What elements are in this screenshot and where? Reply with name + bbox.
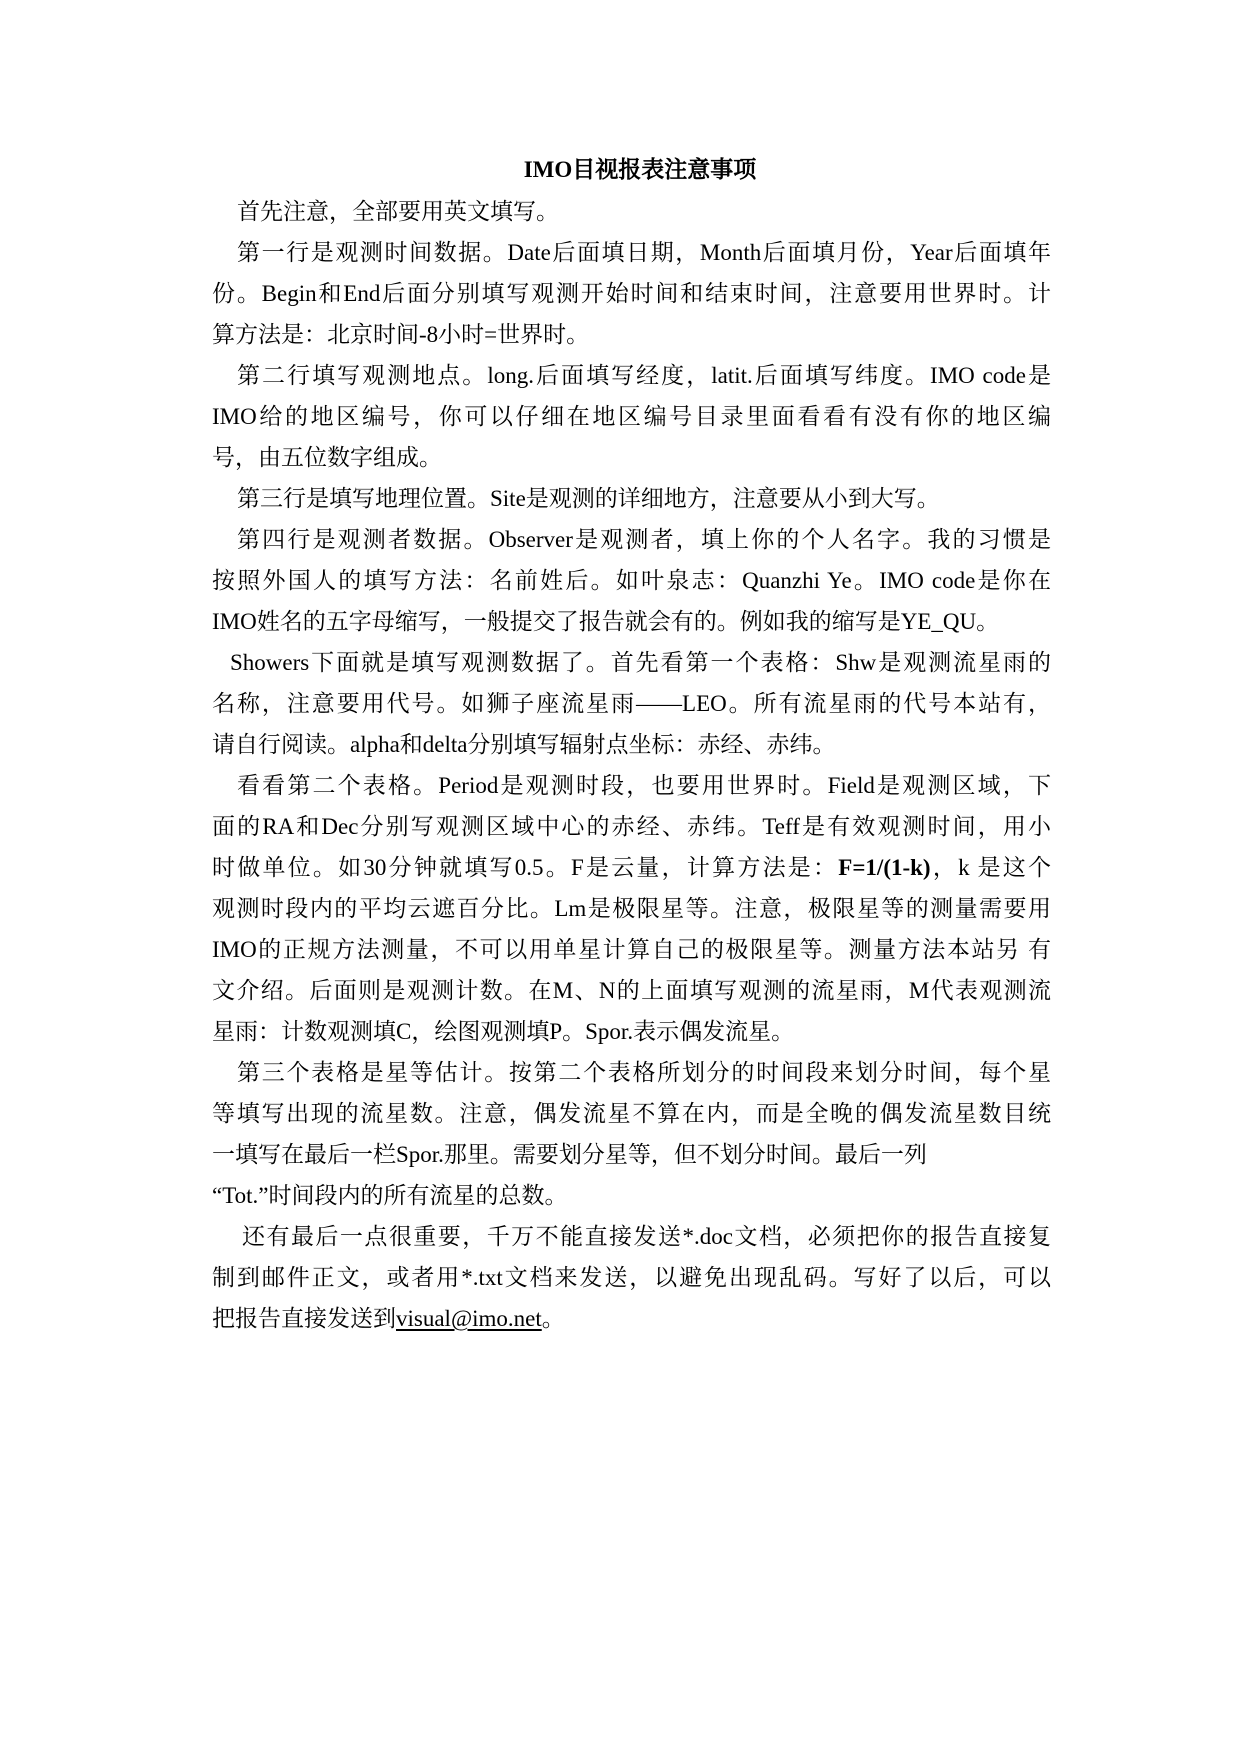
text-line: 算方法是：北京时间-8小时=世界时。	[187, 314, 1051, 355]
text-line: 第三行是填写地理位置。Site是观测的详细地方，注意要从小到大写。	[187, 478, 1051, 519]
text-line: 按照外国人的填写方法：名前姓后。如叶泉志：Quanzhi Ye。IMO code…	[187, 560, 1051, 601]
text-line: 份。Begin和End后面分别填写观测开始时间和结束时间，注意要用世界时。计	[187, 273, 1051, 314]
paragraph-first-row: 第一行是观测时间数据。Date后面填日期，Month后面填月份，Year后面填年…	[187, 232, 1051, 355]
text-line: 号，由五位数字组成。	[187, 437, 1051, 478]
text-segment: 。	[542, 1306, 565, 1331]
text-segment: ，k 是这个	[931, 855, 1051, 880]
text-line: 第三个表格是星等估计。按第二个表格所划分的时间段来划分时间，每个星	[187, 1052, 1051, 1093]
paragraph-second-table: 看看第二个表格。Period是观测时段，也要用世界时。Field是观测区域，下 …	[187, 765, 1051, 1052]
cloud-formula: F=1/(1-k)	[838, 855, 930, 880]
paragraph-second-row: 第二行填写观测地点。long.后面填写经度，latit.后面填写纬度。IMO c…	[187, 355, 1051, 478]
text-line: 制到邮件正文，或者用*.txt文档来发送，以避免出现乱码。写好了以后，可以	[187, 1257, 1051, 1298]
text-line: 名称，注意要用代号。如狮子座流星雨——LEO。所有流星雨的代号本站有，	[187, 683, 1051, 724]
document-title: IMO目视报表注意事项	[187, 150, 1051, 190]
text-line: 看看第二个表格。Period是观测时段，也要用世界时。Field是观测区域，下	[187, 765, 1051, 806]
text-line: 还有最后一点很重要，千万不能直接发送*.doc文档，必须把你的报告直接复	[187, 1216, 1051, 1257]
text-segment: 时做单位。如30分钟就填写0.5。F是云量，计算方法是：	[212, 855, 838, 880]
paragraph-fourth-row: 第四行是观测者数据。Observer是观测者，填上你的个人名字。我的习惯是 按照…	[187, 519, 1051, 642]
paragraph-third-row: 第三行是填写地理位置。Site是观测的详细地方，注意要从小到大写。	[187, 478, 1051, 519]
text-line: “Tot.”时间段内的所有流星的总数。	[187, 1175, 1051, 1216]
text-line: IMO给的地区编号，你可以仔细在地区编号目录里面看看有没有你的地区编	[187, 396, 1051, 437]
text-line: 文介绍。后面则是观测计数。在M、N的上面填写观测的流星雨，M代表观测流	[187, 970, 1051, 1011]
paragraph-third-table: 第三个表格是星等估计。按第二个表格所划分的时间段来划分时间，每个星 等填写出现的…	[187, 1052, 1051, 1216]
text-line: 星雨：计数观测填C，绘图观测填P。Spor.表示偶发流星。	[187, 1011, 1051, 1052]
text-segment: 把报告直接发送到	[212, 1306, 396, 1331]
text-line-with-email: 把报告直接发送到visual@imo.net。	[187, 1298, 1051, 1339]
text-line: 请自行阅读。alpha和delta分别填写辐射点坐标：赤经、赤纬。	[187, 724, 1051, 765]
paragraph-final-note: 还有最后一点很重要，千万不能直接发送*.doc文档，必须把你的报告直接复 制到邮…	[187, 1216, 1051, 1339]
text-line: 等填写出现的流星数。注意，偶发流星不算在内，而是全晚的偶发流星数目统	[187, 1093, 1051, 1134]
text-line: 第二行填写观测地点。long.后面填写经度，latit.后面填写纬度。IMO c…	[187, 355, 1051, 396]
text-line: 面的RA和Dec分别写观测区域中心的赤经、赤纬。Teff是有效观测时间，用小	[187, 806, 1051, 847]
text-line: 一填写在最后一栏Spor.那里。需要划分星等，但不划分时间。最后一列	[187, 1134, 1051, 1175]
text-line: Showers下面就是填写观测数据了。首先看第一个表格：Shw是观测流星雨的	[187, 642, 1051, 683]
text-line: 观测时段内的平均云遮百分比。Lm是极限星等。注意，极限星等的测量需要用	[187, 888, 1051, 929]
text-line-with-formula: 时做单位。如30分钟就填写0.5。F是云量，计算方法是：F=1/(1-k)，k …	[187, 847, 1051, 888]
text-line: 第一行是观测时间数据。Date后面填日期，Month后面填月份，Year后面填年	[187, 232, 1051, 273]
document-page: IMO目视报表注意事项 首先注意，全部要用英文填写。 第一行是观测时间数据。Da…	[187, 150, 1051, 1339]
text-line: 首先注意，全部要用英文填写。	[187, 191, 1051, 232]
text-line: IMO的正规方法测量，不可以用单星计算自己的极限星等。测量方法本站另 有	[187, 929, 1051, 970]
text-line: IMO姓名的五字母缩写，一般提交了报告就会有的。例如我的缩写是YE_QU。	[187, 601, 1051, 642]
email-link[interactable]: visual@imo.net	[396, 1306, 542, 1331]
paragraph-intro: 首先注意，全部要用英文填写。	[187, 191, 1051, 232]
text-line: 第四行是观测者数据。Observer是观测者，填上你的个人名字。我的习惯是	[187, 519, 1051, 560]
paragraph-showers: Showers下面就是填写观测数据了。首先看第一个表格：Shw是观测流星雨的 名…	[187, 642, 1051, 765]
